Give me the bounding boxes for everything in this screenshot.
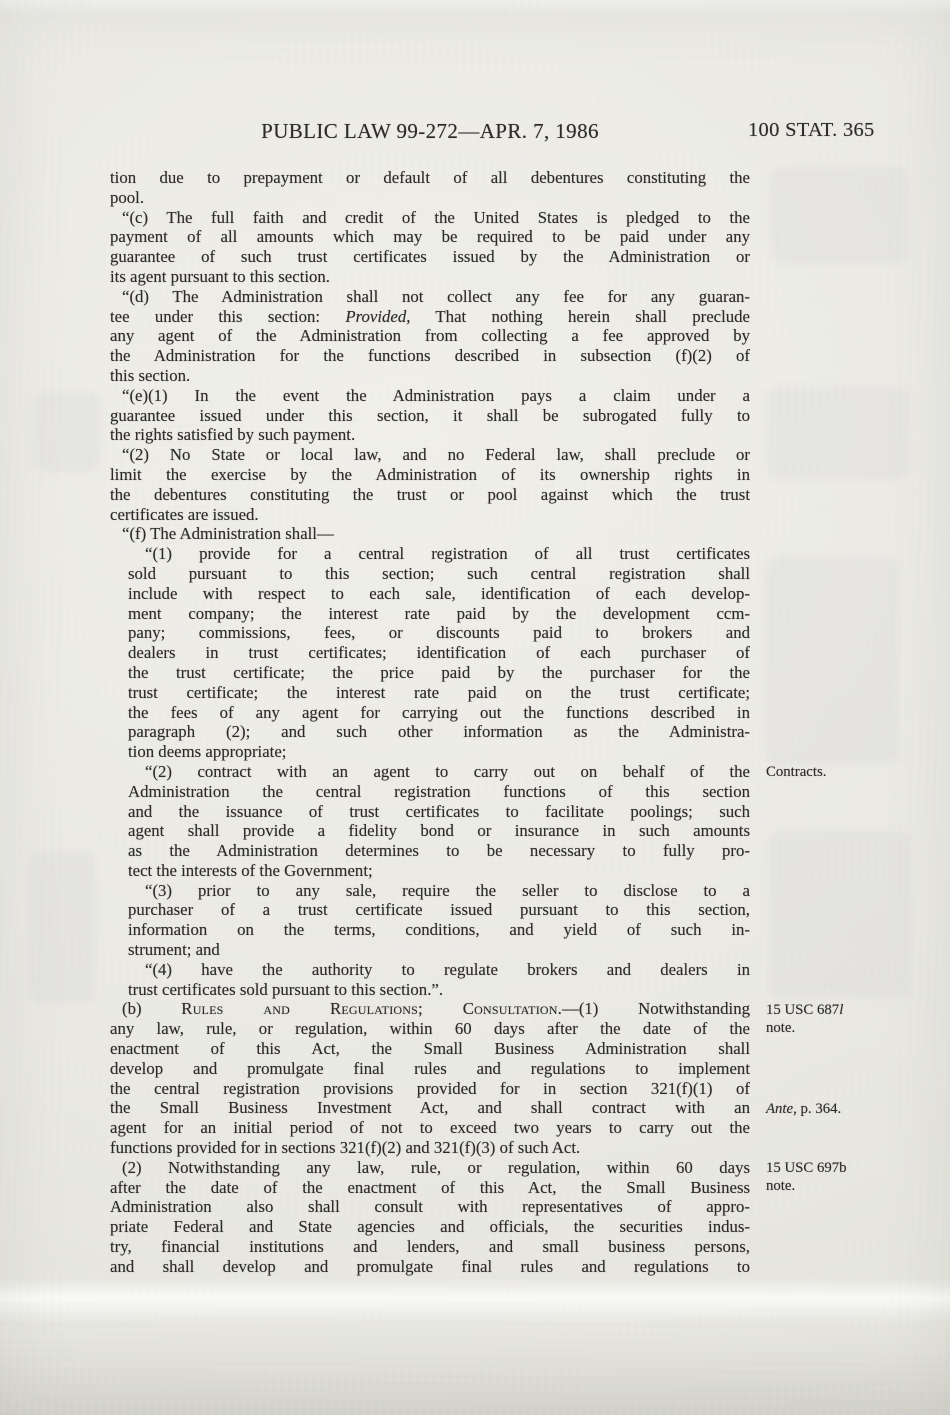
text-segment: the trust certificate; the price paid by…	[128, 663, 750, 682]
statute-subparagraph: “(2) contract with an agent to carry out…	[110, 762, 750, 881]
text-line: agent shall provide a fidelity bond or i…	[128, 821, 750, 841]
text-line: (b) Rules and Regulations; Consultation.…	[110, 999, 750, 1019]
text-segment: trust certificate; the interest rate pai…	[128, 683, 750, 702]
statute-paragraph: “(c) The full faith and credit of the Un…	[110, 208, 750, 287]
text-segment: information on the terms, conditions, an…	[128, 920, 750, 939]
text-segment: 15 USC 687	[766, 1002, 839, 1018]
text-segment: the rights satisfied by such payment.	[110, 425, 355, 444]
text-line: Administration also shall consult with r…	[110, 1197, 750, 1217]
margin-note-line: Contracts.	[766, 764, 928, 782]
statute-subparagraph: “(1) provide for a central registration …	[110, 544, 750, 762]
text-segment: functions provided for in sections 321(f…	[110, 1138, 580, 1157]
margin-note-line: Ante, p. 364.	[766, 1101, 928, 1119]
statute-paragraph: tion due to prepayment or default of all…	[110, 168, 750, 208]
text-line: paragraph (2); and such other informatio…	[128, 722, 750, 742]
scan-artifact	[766, 558, 898, 763]
margin-note-ante-p364: Ante, p. 364.	[766, 1101, 928, 1119]
text-segment: Ante	[766, 1101, 793, 1117]
text-segment: 15 USC 697b	[766, 1160, 847, 1176]
text-segment: trust certificates sold pursuant to this…	[128, 980, 443, 999]
text-line: information on the terms, conditions, an…	[128, 920, 750, 940]
text-line: “(3) prior to any sale, require the sell…	[128, 881, 750, 901]
page-header-title: PUBLIC LAW 99-272—APR. 7, 1986	[110, 119, 750, 144]
text-segment: develop and promulgate final rules and r…	[110, 1059, 750, 1078]
text-line: the Administration for the functions des…	[110, 346, 750, 366]
statute-paragraph: “(2) No State or local law, and no Feder…	[110, 445, 750, 524]
scan-artifact	[30, 852, 94, 1002]
text-segment: include with respect to each sale, ident…	[128, 584, 750, 603]
text-line: trust certificates sold pursuant to this…	[128, 980, 750, 1000]
text-line: pool.	[110, 188, 750, 208]
text-segment: as the Administration determines to be n…	[128, 841, 750, 860]
text-segment: and shall develop and promulgate final r…	[110, 1257, 750, 1276]
text-line: tion due to prepayment or default of all…	[110, 168, 750, 188]
text-segment: tion due to prepayment or default of all…	[110, 168, 750, 187]
text-line: the debentures constituting the trust or…	[110, 485, 750, 505]
text-line: strument; and	[128, 940, 750, 960]
text-segment: and the issuance of trust certificates t…	[128, 802, 750, 821]
text-line: the Small Business Investment Act, and s…	[110, 1098, 750, 1118]
text-line: develop and promulgate final rules and r…	[110, 1059, 750, 1079]
text-line: and the issuance of trust certificates t…	[128, 802, 750, 822]
text-segment: guarantee of such trust certificates iss…	[110, 247, 750, 266]
text-line: functions provided for in sections 321(f…	[110, 1138, 750, 1158]
text-line: try, financial institutions and lenders,…	[110, 1237, 750, 1257]
text-segment: “(4) have the authority to regulate brok…	[145, 960, 750, 979]
text-line: priate Federal and State agencies and of…	[110, 1217, 750, 1237]
text-line: pany; commissions, fees, or discounts pa…	[128, 623, 750, 643]
text-segment: the Administration for the functions des…	[110, 346, 750, 365]
text-segment: this section.	[110, 366, 190, 385]
text-line: sold pursuant to this section; such cent…	[128, 564, 750, 584]
text-line: “(f) The Administration shall—	[110, 524, 750, 544]
text-line: purchaser of a trust certificate issued …	[128, 900, 750, 920]
text-segment: “(f) The Administration shall—	[122, 524, 334, 543]
text-line: guarantee issued under this section, it …	[110, 406, 750, 426]
text-segment: sold pursuant to this section; such cent…	[128, 564, 750, 583]
text-line: the central registration provisions prov…	[110, 1079, 750, 1099]
statute-subparagraph: “(4) have the authority to regulate brok…	[110, 960, 750, 1000]
text-segment: guarantee issued under this section, it …	[110, 406, 750, 425]
text-line: the trust certificate; the price paid by…	[128, 663, 750, 683]
scan-artifact	[770, 832, 910, 997]
statute-paragraph: (b) Rules and Regulations; Consultation.…	[110, 999, 750, 1157]
text-segment: “(2) contract with an agent to carry out…	[145, 762, 750, 781]
text-segment: certificates are issued.	[110, 505, 259, 524]
text-segment: “(1) provide for a central registration …	[145, 544, 750, 563]
margin-note-line: 15 USC 697b	[766, 1160, 928, 1178]
text-line: “(c) The full faith and credit of the Un…	[110, 208, 750, 228]
text-segment: priate Federal and State agencies and of…	[110, 1217, 750, 1236]
text-segment: any agent of the Administration from col…	[110, 326, 750, 345]
text-line: tect the interests of the Government;	[128, 861, 750, 881]
text-line: payment of all amounts which may be requ…	[110, 227, 750, 247]
text-line: “(4) have the authority to regulate brok…	[128, 960, 750, 980]
scan-artifact	[34, 392, 100, 472]
text-segment: any law, rule, or regulation, within 60 …	[110, 1019, 750, 1038]
statute-paragraph: (2) Notwithstanding any law, rule, or re…	[110, 1158, 750, 1277]
page-header-stat-number: 100 STAT. 365	[748, 119, 875, 142]
text-segment: tion deems appropriate;	[128, 742, 286, 761]
text-line: “(d) The Administration shall not collec…	[110, 287, 750, 307]
margin-note-line: note.	[766, 1178, 928, 1196]
text-line: after the date of the enactment of this …	[110, 1178, 750, 1198]
text-segment: its agent pursuant to this section.	[110, 267, 330, 286]
text-segment: the debentures constituting the trust or…	[110, 485, 750, 504]
text-line: tee under this section: Provided, That n…	[110, 307, 750, 327]
text-line: ment company; the interest rate paid by …	[128, 604, 750, 624]
text-segment: —(1) Notwithstanding	[562, 999, 750, 1018]
text-segment: “(d) The Administration shall not collec…	[122, 287, 750, 306]
text-segment: payment of all amounts which may be requ…	[110, 227, 750, 246]
text-segment: Contracts.	[766, 764, 826, 780]
text-segment: strument; and	[128, 940, 220, 959]
text-line: include with respect to each sale, ident…	[128, 584, 750, 604]
text-segment: pany; commissions, fees, or discounts pa…	[128, 623, 750, 642]
text-line: limit the exercise by the Administration…	[110, 465, 750, 485]
text-segment: note.	[766, 1178, 795, 1194]
text-line: the rights satisfied by such payment.	[110, 425, 750, 445]
scan-artifact	[768, 388, 908, 478]
text-segment: try, financial institutions and lenders,…	[110, 1237, 750, 1256]
text-segment: agent shall provide a fidelity bond or i…	[128, 821, 750, 840]
text-line: certificates are issued.	[110, 505, 750, 525]
margin-note-contracts: Contracts.	[766, 764, 928, 782]
text-line: “(2) contract with an agent to carry out…	[128, 762, 750, 782]
text-segment: after the date of the enactment of this …	[110, 1178, 750, 1197]
statute-paragraph: “(d) The Administration shall not collec…	[110, 287, 750, 386]
text-line: tion deems appropriate;	[128, 742, 750, 762]
text-segment: enactment of this Act, the Small Busines…	[110, 1039, 750, 1058]
text-segment: “(c) The full faith and credit of the Un…	[122, 208, 750, 227]
text-segment: (b)	[122, 999, 181, 1018]
text-segment: agent for an initial period of not to ex…	[110, 1118, 750, 1137]
text-line: as the Administration determines to be n…	[128, 841, 750, 861]
text-line: dealers in trust certificates; identific…	[128, 643, 750, 663]
text-segment: “(3) prior to any sale, require the sell…	[145, 881, 750, 900]
text-segment: ment company; the interest rate paid by …	[128, 604, 750, 623]
text-line: guarantee of such trust certificates iss…	[110, 247, 750, 267]
text-line: “(e)(1) In the event the Administration …	[110, 386, 750, 406]
text-segment: (2) Notwithstanding any law, rule, or re…	[122, 1158, 750, 1177]
text-segment: , p. 364.	[793, 1101, 841, 1117]
text-line: any agent of the Administration from col…	[110, 326, 750, 346]
text-line: agent for an initial period of not to ex…	[110, 1118, 750, 1138]
text-segment: the fees of any agent for carrying out t…	[128, 703, 750, 722]
text-segment: paragraph (2); and such other informatio…	[128, 722, 750, 741]
margin-note-usc-687l: 15 USC 687lnote.	[766, 1002, 928, 1037]
text-segment: note.	[766, 1020, 795, 1036]
text-line: and shall develop and promulgate final r…	[110, 1257, 750, 1277]
text-line: “(1) provide for a central registration …	[128, 544, 750, 564]
text-segment: Administration the central registration …	[128, 782, 750, 801]
statute-text-column: tion due to prepayment or default of all…	[110, 168, 750, 1277]
statute-subparagraph: “(3) prior to any sale, require the sell…	[110, 881, 750, 960]
text-segment: the central registration provisions prov…	[110, 1079, 750, 1098]
text-segment: Provided,	[345, 307, 410, 326]
text-segment: purchaser of a trust certificate issued …	[128, 900, 750, 919]
text-segment: limit the exercise by the Administration…	[110, 465, 750, 484]
text-line: any law, rule, or regulation, within 60 …	[110, 1019, 750, 1039]
text-line: this section.	[110, 366, 750, 386]
text-line: Administration the central registration …	[128, 782, 750, 802]
text-segment: dealers in trust certificates; identific…	[128, 643, 750, 662]
text-segment: tee under this section:	[110, 307, 345, 326]
text-line: trust certificate; the interest rate pai…	[128, 683, 750, 703]
text-line: the fees of any agent for carrying out t…	[128, 703, 750, 723]
margin-note-line: note.	[766, 1020, 928, 1038]
text-line: enactment of this Act, the Small Busines…	[110, 1039, 750, 1059]
text-segment: pool.	[110, 188, 144, 207]
text-segment: That nothing herein shall preclude	[410, 307, 750, 326]
text-segment: “(2) No State or local law, and no Feder…	[122, 445, 750, 464]
text-segment: “(e)(1) In the event the Administration …	[122, 386, 750, 405]
text-segment: l	[839, 1002, 843, 1018]
text-segment: Administration also shall consult with r…	[110, 1197, 750, 1216]
text-segment: Rules and Regulations; Consultation.	[181, 999, 562, 1018]
text-segment: the Small Business Investment Act, and s…	[110, 1098, 750, 1117]
text-line: its agent pursuant to this section.	[110, 267, 750, 287]
margin-note-usc-697b: 15 USC 697bnote.	[766, 1160, 928, 1195]
scanned-statute-page: { "page": { "header": { "title": "PUBLIC…	[0, 0, 950, 1415]
text-line: “(2) No State or local law, and no Feder…	[110, 445, 750, 465]
text-segment: tect the interests of the Government;	[128, 861, 373, 880]
scan-artifact	[772, 168, 907, 263]
statute-paragraph: “(f) The Administration shall—	[110, 524, 750, 544]
statute-paragraph: “(e)(1) In the event the Administration …	[110, 386, 750, 445]
margin-note-line: 15 USC 687l	[766, 1002, 928, 1020]
text-line: (2) Notwithstanding any law, rule, or re…	[110, 1158, 750, 1178]
